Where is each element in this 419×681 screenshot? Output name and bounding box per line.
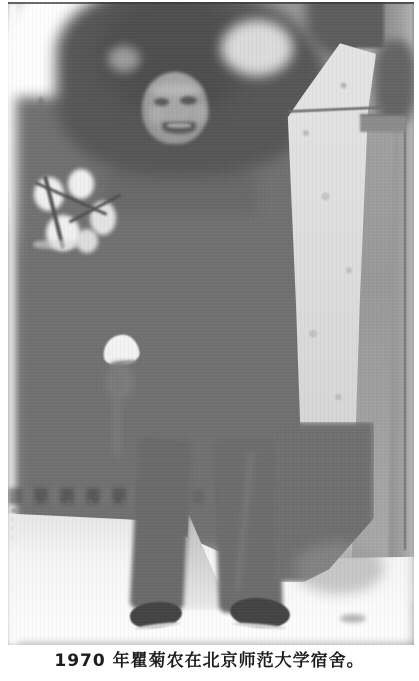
man-right-trouser-leg	[213, 437, 283, 613]
light-speck-row	[33, 240, 79, 249]
gate-branches	[26, 167, 124, 279]
sky-gap-in-foliage	[221, 20, 293, 76]
cheek-highlight	[194, 104, 208, 124]
light-patch	[68, 169, 94, 199]
ground-smudge	[340, 614, 366, 623]
man-right-eye	[180, 96, 197, 105]
trouser-crease-highlight	[235, 452, 253, 591]
man-left-eye	[154, 98, 169, 106]
photo-caption: 1970 年瞿菊农在北京师范大学宿舍。	[0, 646, 419, 671]
pillar-side-ledge	[360, 114, 406, 132]
man-teeth	[167, 123, 191, 128]
cheek-highlight	[148, 106, 162, 124]
faint-arm-streak	[112, 364, 122, 456]
foliage-behind-pillar	[374, 40, 414, 124]
right-wall-edge-line	[404, 120, 406, 550]
ground-shadow	[294, 542, 384, 594]
face-highlight	[150, 84, 202, 96]
photograph	[8, 2, 414, 645]
man-left-trouser-leg	[130, 437, 193, 612]
light-patch	[76, 229, 98, 253]
sky-gap-in-foliage	[108, 46, 140, 72]
photo-top-border	[8, 2, 414, 4]
